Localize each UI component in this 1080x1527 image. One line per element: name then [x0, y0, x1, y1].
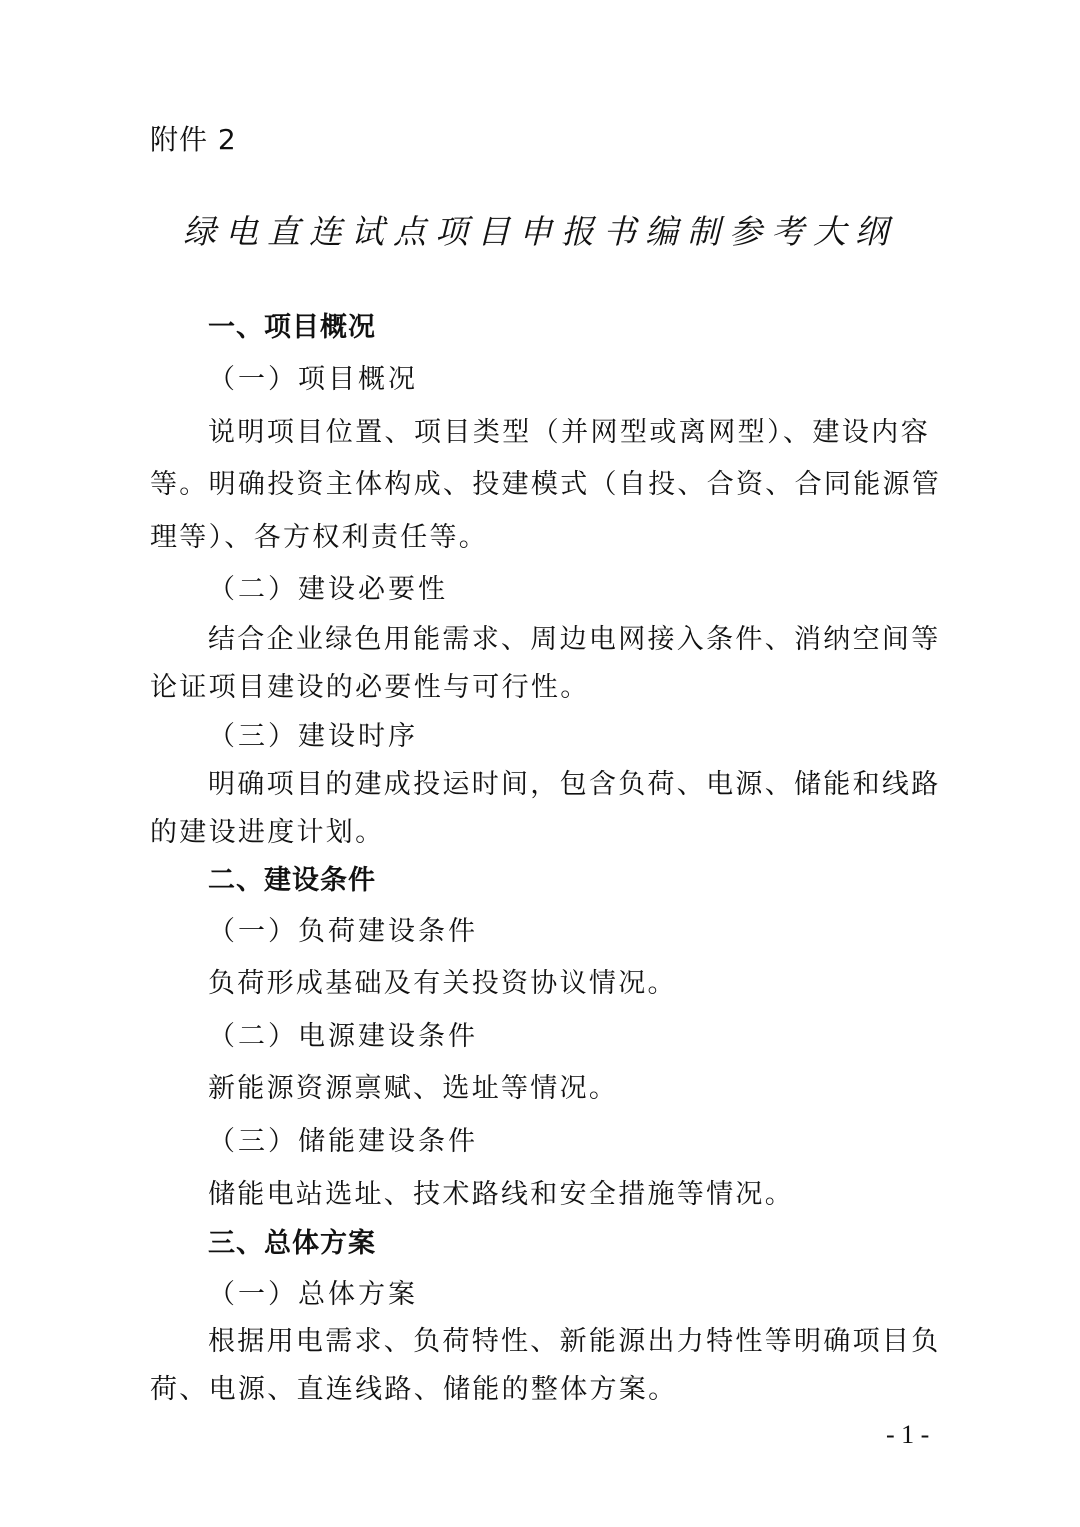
page-number: - 1 - — [886, 1418, 929, 1452]
subsection-heading: （三）建设时序 — [150, 717, 988, 757]
body-line: 理等）、各方权利责任等。 — [150, 518, 930, 558]
section-heading: 二、建设条件 — [150, 861, 988, 901]
body-line: 等。明确投资主体构成、投建模式（自投、合资、合同能源管 — [150, 465, 930, 505]
subsection-heading: （二）电源建设条件 — [150, 1017, 988, 1057]
body-line: 荷、电源、直连线路、储能的整体方案。 — [150, 1370, 930, 1410]
subsection-heading: （三）储能建设条件 — [150, 1122, 988, 1162]
body-line: 明确项目的建成投运时间，包含负荷、电源、储能和线路 — [150, 765, 930, 805]
body-line: 储能电站选址、技术路线和安全措施等情况。 — [150, 1175, 988, 1215]
body-line: 新能源资源禀赋、选址等情况。 — [150, 1069, 988, 1109]
section-heading: 一、项目概况 — [150, 308, 988, 348]
document-page: 附件 2 绿电直连试点项目申报书编制参考大纲 一、项目概况 （一）项目概况 说明… — [0, 0, 1080, 1527]
body-line: 负荷形成基础及有关投资协议情况。 — [150, 964, 988, 1004]
attachment-label: 附件 2 — [150, 120, 237, 160]
section-heading: 三、总体方案 — [150, 1224, 988, 1264]
subsection-heading: （一）总体方案 — [150, 1275, 988, 1315]
body-line: 根据用电需求、负荷特性、新能源出力特性等明确项目负 — [150, 1322, 930, 1362]
body-line: 论证项目建设的必要性与可行性。 — [150, 668, 930, 708]
subsection-heading: （二）建设必要性 — [150, 570, 988, 610]
subsection-heading: （一）项目概况 — [150, 360, 988, 400]
subsection-heading: （一）负荷建设条件 — [150, 912, 988, 952]
body-line: 的建设进度计划。 — [150, 813, 930, 853]
document-title: 绿电直连试点项目申报书编制参考大纲 — [150, 208, 930, 256]
body-line: 说明项目位置、项目类型（并网型或离网型）、建设内容 — [150, 413, 930, 453]
body-line: 结合企业绿色用能需求、周边电网接入条件、消纳空间等 — [150, 620, 930, 660]
